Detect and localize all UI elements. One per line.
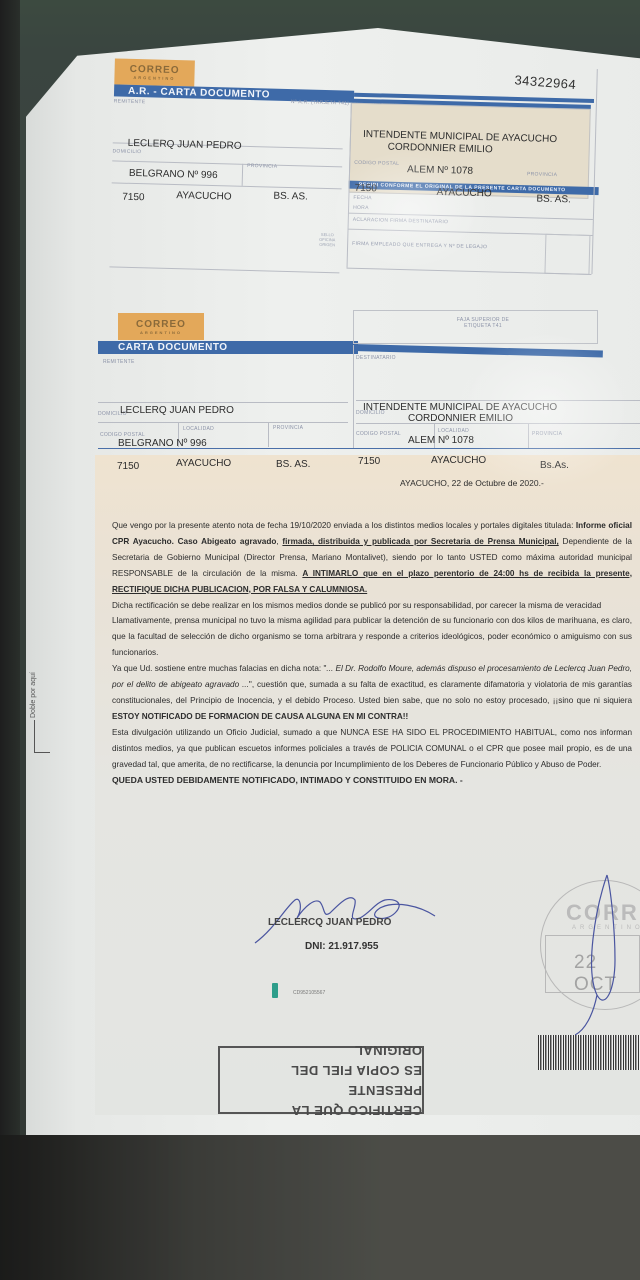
codigo-postal-label: CODIGO POSTAL — [356, 431, 401, 437]
certification-line1: CERTIFICO QUE LA PRESENTE — [220, 1080, 422, 1120]
divider — [242, 164, 244, 186]
divider — [98, 448, 640, 449]
cd-title-band: CARTA DOCUMENTO — [98, 341, 358, 354]
fecha-label: FECHA — [353, 195, 372, 201]
p4-text: Ya que Ud. sostiene entre muchas falacia… — [112, 664, 326, 673]
recipient-address: ALEM Nº 1078 — [407, 164, 473, 177]
sender-address: BELGRANO Nº 996 — [129, 168, 218, 181]
logo-text: CORREO — [136, 319, 186, 330]
provincia-label: PROVINCIA — [532, 431, 562, 437]
domicilio-label: DOMICILIO — [112, 148, 141, 155]
barcode-box — [544, 234, 590, 275]
divider — [268, 422, 269, 447]
recipient-postal-code: 7150 — [354, 183, 377, 195]
faja-label: FAJA SUPERIOR DE ETIQUETA T41 — [453, 317, 513, 329]
divider — [98, 422, 348, 423]
divider — [356, 423, 640, 424]
signatory-name: LECLERCQ JUAN PEDRO — [268, 917, 391, 928]
p4-bold: ESTOY NOTIFICADO DE FORMACION DE CAUSA A… — [112, 712, 408, 721]
signatory-dni: DNI: 21.917.955 — [305, 941, 378, 952]
sender-name: LECLERQ JUAN PEDRO — [120, 405, 234, 416]
remitente-label: REMITENTE — [103, 359, 135, 365]
ar-title: A.R. - CARTA DOCUMENTO — [128, 85, 270, 100]
sender-province: BS. AS. — [273, 191, 308, 203]
fabric-background — [0, 1135, 640, 1280]
sender-postal-code: 7150 — [117, 461, 139, 472]
firma-empleado-label: FIRMA EMPLEADO QUE ENTREGA Y Nº DE LEGAJ… — [352, 241, 487, 251]
provincia-label: PROVINCIA — [247, 163, 277, 170]
localidad-label: LOCALIDAD — [438, 428, 469, 434]
divider — [112, 182, 342, 189]
letter-paragraph-1: Que vengo por la presente atento nota de… — [112, 518, 632, 598]
recipient-province: Bs.As. — [540, 460, 569, 471]
fold-note: Doble por aquí — [30, 672, 37, 718]
letter-paragraph-5: Esta divulgación utilizando un Oficio Ju… — [112, 725, 632, 773]
divider — [98, 402, 348, 403]
certification-stamp: CERTIFICO QUE LA PRESENTE ES COPIA FIEL … — [218, 1046, 424, 1114]
letter-paragraph-2: Dicha rectificación se debe realizar en … — [112, 598, 632, 614]
hora-label: HORA — [353, 205, 369, 211]
recipient-line1: INTENDENTE MUNICIPAL DE AYACUCHO — [363, 402, 557, 413]
serial-number: 34322964 — [514, 72, 577, 92]
correo-logo: CORREO ARGENTINO — [118, 313, 204, 340]
ar-number-label: Nº A.R. (Tarjeta T41) — [291, 99, 350, 107]
letter-closing: QUEDA USTED DEBIDAMENTE NOTIFICADO, INTI… — [112, 773, 632, 789]
sender-postal-code: 7150 — [122, 192, 145, 204]
provincia-label: PROVINCIA — [527, 171, 557, 178]
divider — [528, 423, 529, 448]
sender-city: AYACUCHO — [176, 458, 231, 469]
postmark-pen-loop — [575, 870, 635, 1040]
sello-oficina-origen-label: SELLO OFICINA ORIGEN — [313, 232, 341, 248]
letter-paragraph-3: Llamativamente, prensa municipal no tuvo… — [112, 613, 632, 661]
form-code: CD952105567 — [293, 990, 325, 996]
letter-paragraph-4: Ya que Ud. sostiene entre muchas falacia… — [112, 661, 632, 725]
sender-city: AYACUCHO — [176, 190, 231, 202]
teal-marker — [272, 983, 278, 998]
recipient-province: BS. AS. — [536, 194, 571, 206]
fold-mark — [34, 720, 50, 753]
destinatario-label: DESTINATARIO — [356, 355, 396, 361]
divider — [353, 345, 354, 448]
recipient-postal-code: 7150 — [358, 456, 380, 467]
logo-subtext: ARGENTINO — [140, 330, 182, 335]
recipient-city: AYACUCHO — [436, 187, 491, 199]
sello-text: SELLO OFICINA ORIGEN — [319, 232, 335, 247]
provincia-label: PROVINCIA — [273, 425, 303, 431]
p1-underlined: firmada, distribuida y publicada por Sec… — [282, 537, 558, 546]
background-dark-edge — [0, 0, 20, 1280]
sender-province: BS. AS. — [276, 459, 310, 470]
carta-documento-form: CORREO ARGENTINO CARTA DOCUMENTO REMITEN… — [98, 305, 640, 475]
ar-carta-documento-form: CORREO ARGENTINO A.R. - CARTA DOCUMENTO … — [54, 55, 620, 305]
divider — [109, 266, 339, 273]
codigo-postal-label: CODIGO POSTAL — [354, 160, 399, 167]
localidad-label: LOCALIDAD — [183, 426, 214, 432]
correo-logo: CORREO ARGENTINO — [114, 58, 195, 86]
sender-name: LECLERQ JUAN PEDRO — [128, 138, 242, 152]
letter-date: AYACUCHO, 22 de Octubre de 2020.- — [400, 478, 544, 488]
recipient-city: AYACUCHO — [431, 455, 486, 466]
divider — [356, 400, 640, 401]
logo-subtext: ARGENTINO — [133, 75, 175, 81]
certification-line2: ES COPIA FIEL DEL ORIGINAL — [220, 1040, 422, 1080]
remitente-label: REMITENTE — [114, 98, 146, 105]
p1-text: Que vengo por la presente atento nota de… — [112, 521, 576, 530]
cd-title: CARTA DOCUMENTO — [118, 342, 228, 353]
aclaracion-label: ACLARACION FIRMA DESTINATARIO — [353, 217, 449, 225]
recipient-address: ALEM Nº 1078 — [408, 435, 474, 446]
barcode — [538, 1035, 640, 1070]
letter-body: Que vengo por la presente atento nota de… — [112, 518, 632, 788]
divider — [112, 160, 342, 167]
